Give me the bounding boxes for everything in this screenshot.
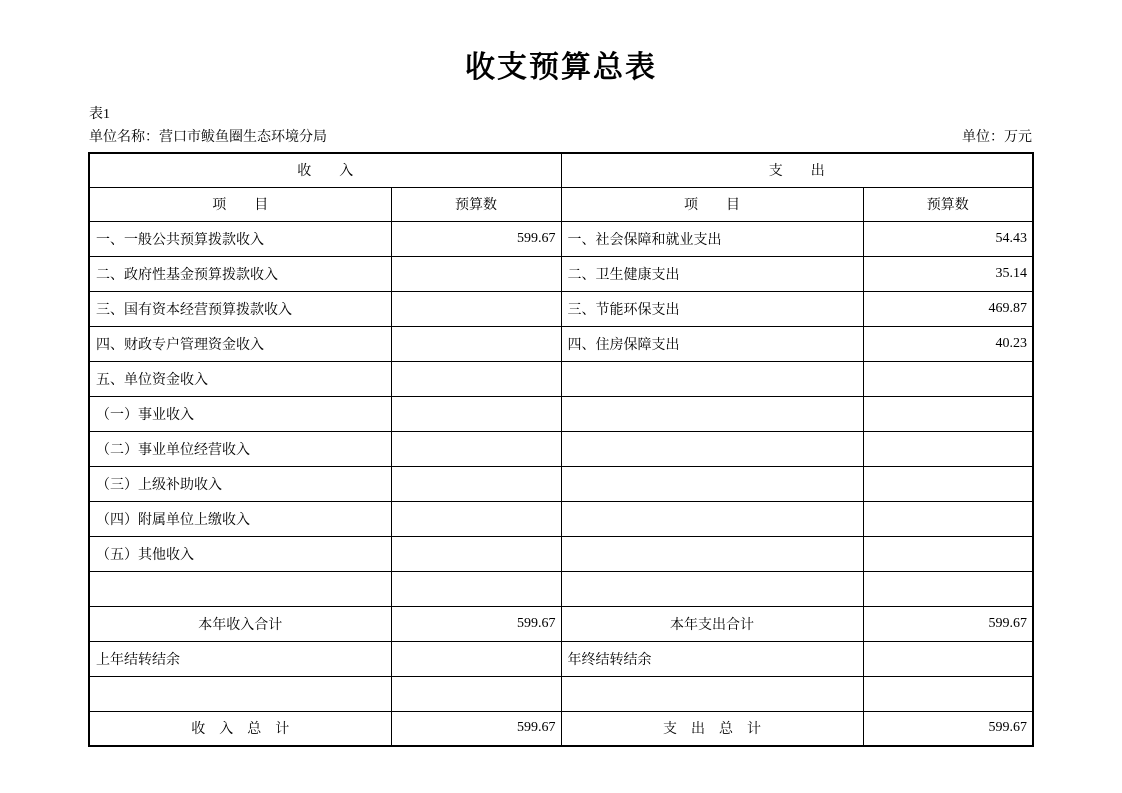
- table-row: 收 入 总 计599.67支 出 总 计599.67: [89, 711, 1033, 746]
- section-header-row: 收 入 支 出: [89, 153, 1033, 187]
- table-row: （三）上级补助收入: [89, 466, 1033, 501]
- income-item-cell: [89, 676, 391, 711]
- table-row: 上年结转结余年终结转结余: [89, 641, 1033, 676]
- table-row: 五、单位资金收入: [89, 361, 1033, 396]
- table-row: 二、政府性基金预算拨款收入二、卫生健康支出35.14: [89, 256, 1033, 291]
- income-item-cell: （三）上级补助收入: [89, 466, 391, 501]
- expense-item-cell: 四、住房保障支出: [561, 326, 863, 361]
- income-item-cell: 二、政府性基金预算拨款收入: [89, 256, 391, 291]
- table-row: 一、一般公共预算拨款收入599.67一、社会保障和就业支出54.43: [89, 221, 1033, 256]
- table-row: 四、财政专户管理资金收入四、住房保障支出40.23: [89, 326, 1033, 361]
- income-budget-cell: [391, 361, 561, 396]
- income-budget-cell: [391, 326, 561, 361]
- income-budget-cell: [391, 396, 561, 431]
- expense-budget-cell: [863, 571, 1033, 606]
- expense-budget-cell: [863, 361, 1033, 396]
- income-item-cell: 一、一般公共预算拨款收入: [89, 221, 391, 256]
- income-budget-cell: [391, 501, 561, 536]
- income-item-cell: [89, 571, 391, 606]
- income-budget-cell: [391, 256, 561, 291]
- expense-budget-cell: [863, 536, 1033, 571]
- expense-item-cell: [561, 396, 863, 431]
- expense-budget-cell: [863, 641, 1033, 676]
- expense-item-cell: [561, 676, 863, 711]
- income-budget-cell: [391, 431, 561, 466]
- income-budget-cell: [391, 676, 561, 711]
- currency-unit-label: 单位：万元: [962, 129, 1032, 147]
- expense-budget-column-header: 预算数: [863, 187, 1033, 221]
- table-header: 收 入 支 出 项 目 预算数 项 目 预算数: [89, 153, 1033, 221]
- expense-budget-cell: [863, 396, 1033, 431]
- income-budget-column-header: 预算数: [391, 187, 561, 221]
- table-row: （五）其他收入: [89, 536, 1033, 571]
- expense-budget-cell: [863, 466, 1033, 501]
- income-budget-cell: [391, 291, 561, 326]
- column-header-row: 项 目 预算数 项 目 预算数: [89, 187, 1033, 221]
- document-page: 收支预算总表 表1 单位名称：营口市鲅鱼圈生态环境分局 单位：万元 收 入 支 …: [0, 0, 1122, 793]
- expense-item-cell: 支 出 总 计: [561, 711, 863, 746]
- income-item-cell: 三、国有资本经营预算拨款收入: [89, 291, 391, 326]
- income-item-column-header: 项 目: [89, 187, 391, 221]
- income-budget-cell: 599.67: [391, 606, 561, 641]
- table-row: [89, 676, 1033, 711]
- expense-item-cell: [561, 536, 863, 571]
- table-row: 三、国有资本经营预算拨款收入三、节能环保支出469.87: [89, 291, 1033, 326]
- income-item-cell: （四）附属单位上缴收入: [89, 501, 391, 536]
- income-item-cell: （一）事业收入: [89, 396, 391, 431]
- expense-item-cell: 一、社会保障和就业支出: [561, 221, 863, 256]
- table-number-note: 表1: [89, 106, 110, 124]
- table-row: （四）附属单位上缴收入: [89, 501, 1033, 536]
- expense-budget-cell: 599.67: [863, 711, 1033, 746]
- income-section-header: 收 入: [89, 153, 561, 187]
- table-row: （一）事业收入: [89, 396, 1033, 431]
- income-budget-cell: 599.67: [391, 221, 561, 256]
- income-budget-cell: [391, 571, 561, 606]
- expense-budget-cell: [863, 431, 1033, 466]
- expense-budget-cell: 469.87: [863, 291, 1033, 326]
- expense-item-cell: [561, 361, 863, 396]
- income-item-cell: 四、财政专户管理资金收入: [89, 326, 391, 361]
- expense-item-cell: [561, 501, 863, 536]
- expense-item-cell: 三、节能环保支出: [561, 291, 863, 326]
- expense-budget-cell: 599.67: [863, 606, 1033, 641]
- table-row: （二）事业单位经营收入: [89, 431, 1033, 466]
- income-item-cell: 上年结转结余: [89, 641, 391, 676]
- table-row: [89, 571, 1033, 606]
- page-title: 收支预算总表: [0, 42, 1122, 86]
- expense-item-cell: 二、卫生健康支出: [561, 256, 863, 291]
- expense-budget-cell: [863, 676, 1033, 711]
- budget-summary-table: 收 入 支 出 项 目 预算数 项 目 预算数 一、一般公共预算拨款收入599.…: [88, 152, 1034, 747]
- expense-section-header: 支 出: [561, 153, 1033, 187]
- expense-budget-cell: 54.43: [863, 221, 1033, 256]
- expense-budget-cell: 40.23: [863, 326, 1033, 361]
- table-body: 一、一般公共预算拨款收入599.67一、社会保障和就业支出54.43二、政府性基…: [89, 221, 1033, 746]
- income-item-cell: 本年收入合计: [89, 606, 391, 641]
- table-row: 本年收入合计599.67本年支出合计599.67: [89, 606, 1033, 641]
- income-budget-cell: [391, 641, 561, 676]
- income-item-cell: 收 入 总 计: [89, 711, 391, 746]
- income-item-cell: （五）其他收入: [89, 536, 391, 571]
- expense-item-cell: [561, 466, 863, 501]
- expense-item-cell: [561, 431, 863, 466]
- income-budget-cell: 599.67: [391, 711, 561, 746]
- expense-item-cell: [561, 571, 863, 606]
- unit-name-label: 单位名称：营口市鲅鱼圈生态环境分局: [89, 129, 327, 147]
- expense-item-column-header: 项 目: [561, 187, 863, 221]
- expense-budget-cell: 35.14: [863, 256, 1033, 291]
- expense-item-cell: 年终结转结余: [561, 641, 863, 676]
- income-item-cell: （二）事业单位经营收入: [89, 431, 391, 466]
- income-budget-cell: [391, 536, 561, 571]
- expense-budget-cell: [863, 501, 1033, 536]
- income-budget-cell: [391, 466, 561, 501]
- income-item-cell: 五、单位资金收入: [89, 361, 391, 396]
- expense-item-cell: 本年支出合计: [561, 606, 863, 641]
